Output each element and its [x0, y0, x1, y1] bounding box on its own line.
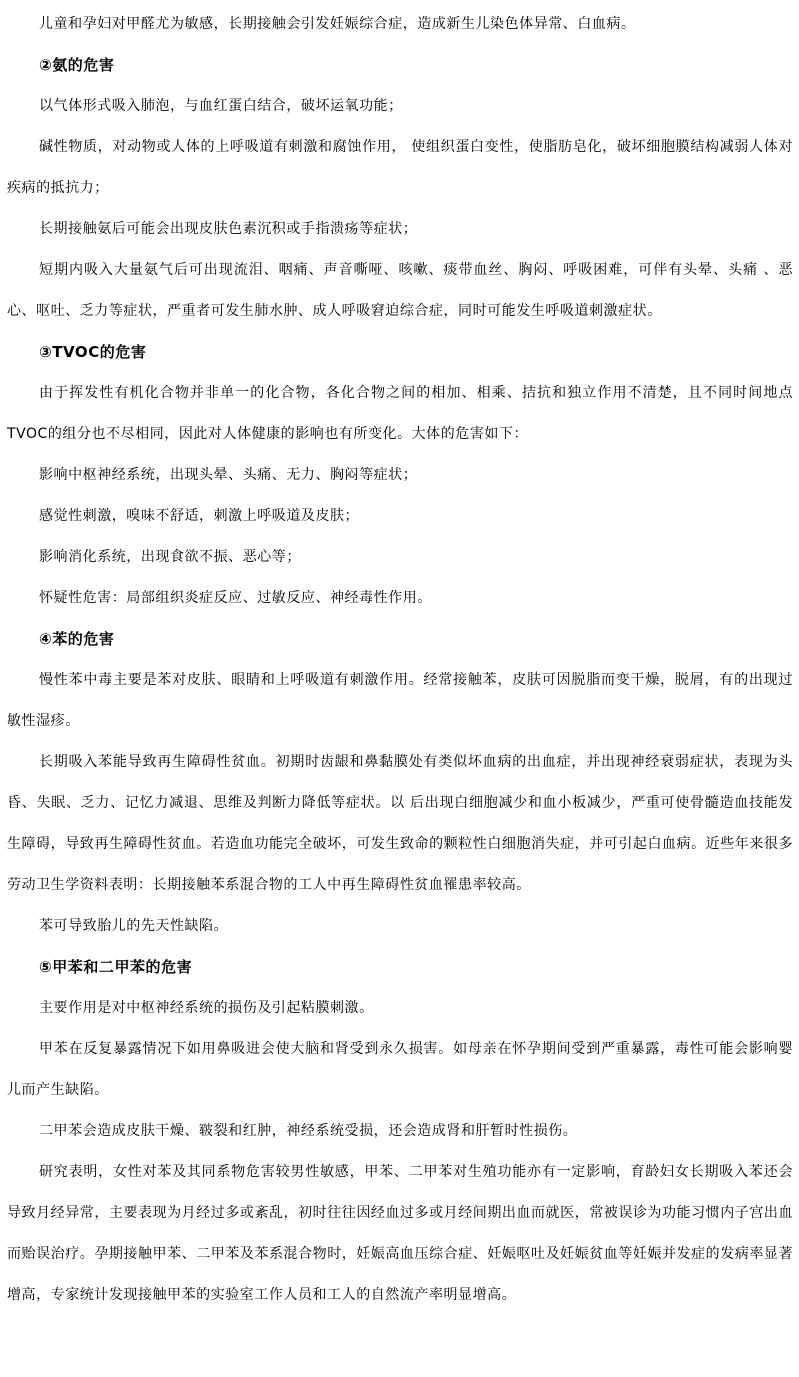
- paragraph-formaldehyde-sensitive: 儿童和孕妇对甲醛尤为敏感，长期接触会引发妊娠综合症，造成新生儿染色体异常、白血病…: [7, 4, 793, 45]
- section-heading-tvoc: ③TVOC的危害: [7, 332, 793, 373]
- section-heading-toluene-xylene: ⑤甲苯和二甲苯的危害: [7, 947, 793, 988]
- section-heading-benzene: ④苯的危害: [7, 619, 793, 660]
- paragraph-ammonia-longterm: 长期接触氨后可能会出现皮肤色素沉积或手指溃疡等症状；: [7, 209, 793, 250]
- paragraph-tvoc-suspected: 怀疑性危害：局部组织炎症反应、过敏反应、神经毒性作用。: [7, 578, 793, 619]
- paragraph-benzene-chronic: 慢性苯中毒主要是苯对皮肤、眼睛和上呼吸道有刺激作用。经常接触苯，皮肤可因脱脂而变…: [7, 660, 793, 742]
- paragraph-xylene-skin: 二甲苯会造成皮肤干燥、皲裂和红肿，神经系统受损，还会造成肾和肝暂时性损伤。: [7, 1111, 793, 1152]
- paragraph-ammonia-shortterm: 短期内吸入大量氨气后可出现流泪、咽痛、声音嘶哑、咳嗽、痰带血丝、胸闷、呼吸困难，…: [7, 250, 793, 332]
- paragraph-ammonia-inhale: 以气体形式吸入肺泡，与血红蛋白结合，破坏运氧功能；: [7, 86, 793, 127]
- paragraph-toluene-exposure: 甲苯在反复暴露情况下如用鼻吸进会使大脑和肾受到永久损害。如母亲在怀孕期间受到严重…: [7, 1029, 793, 1111]
- paragraph-benzene-anemia: 长期吸入苯能导致再生障碍性贫血。初期时齿龈和鼻黏膜处有类似坏血病的出血症，并出现…: [7, 742, 793, 906]
- paragraph-ammonia-alkaline: 碱性物质，对动物或人体的上呼吸道有刺激和腐蚀作用， 使组织蛋白变性，使脂肪皂化，…: [7, 127, 793, 209]
- paragraph-toluene-main-effect: 主要作用是对中枢神经系统的损伤及引起粘膜刺激。: [7, 988, 793, 1029]
- section-heading-ammonia: ②氨的危害: [7, 45, 793, 86]
- paragraph-reproductive-research: 研究表明，女性对苯及其同系物危害较男性敏感，甲苯、二甲苯对生殖功能亦有一定影响，…: [7, 1152, 793, 1316]
- paragraph-tvoc-intro: 由于挥发性有机化合物并非单一的化合物，各化合物之间的相加、相乘、拮抗和独立作用不…: [7, 373, 793, 455]
- paragraph-benzene-fetus: 苯可导致胎儿的先天性缺陷。: [7, 906, 793, 947]
- paragraph-tvoc-digestive: 影响消化系统，出现食欲不振、恶心等；: [7, 537, 793, 578]
- paragraph-tvoc-cns: 影响中枢神经系统，出现头晕、头痛、无力、胸闷等症状；: [7, 455, 793, 496]
- document-page: 儿童和孕妇对甲醛尤为敏感，长期接触会引发妊娠综合症，造成新生儿染色体异常、白血病…: [0, 0, 799, 1377]
- paragraph-tvoc-sensory: 感觉性刺激，嗅味不舒适，刺激上呼吸道及皮肤；: [7, 496, 793, 537]
